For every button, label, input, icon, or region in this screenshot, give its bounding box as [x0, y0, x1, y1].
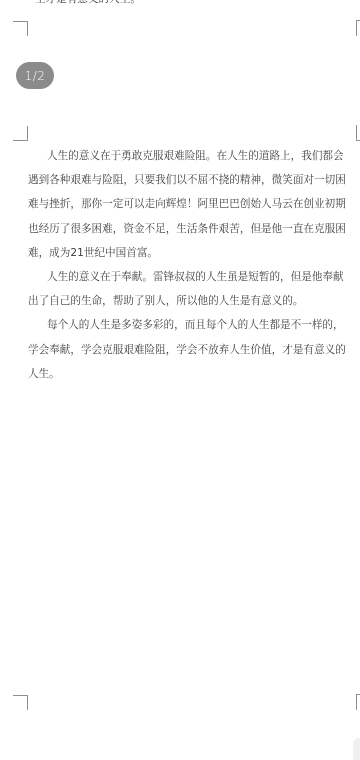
scrollbar-thumb[interactable] [353, 738, 360, 760]
page-indicator-badge: 1/2 [16, 62, 54, 89]
previous-page-text-fragment: 生才是有意义的人生。 [35, 0, 141, 6]
essay-page: 人生的意义在于勇敢克服艰难险阻。在人生的道路上，我们都会 遇到各种艰难与险阻，只… [28, 144, 348, 386]
crop-corner-top-right-icon [356, 20, 360, 36]
essay-line: 人生。 [28, 362, 348, 386]
essay-line: 学会奉献，学会克服艰难险阻，学会不放弃人生价值，才是有意义的 [28, 338, 348, 362]
essay-line: 遇到各种艰难与险阻，只要我们以不屈不挠的精神，微笑面对一切困 [28, 168, 348, 192]
essay-line: 难与挫折，那你一定可以走向辉煌！阿里巴巴创始人马云在创业初期 [28, 192, 348, 216]
crop-corner-top-left-icon [13, 21, 28, 36]
essay-line: 难，成为21世纪中国首富。 [28, 241, 348, 265]
crop-corner-mid-right-icon [356, 125, 360, 141]
essay-line: 每个人的人生是多姿多彩的，而且每个人的人生都是不一样的， [28, 313, 348, 337]
essay-line: 人生的意义在于勇敢克服艰难险阻。在人生的道路上，我们都会 [28, 144, 348, 168]
essay-line: 也经历了很多困难，资金不足，生活条件艰苦，但是他一直在克服困 [28, 217, 348, 241]
crop-corner-mid-left-icon [13, 126, 28, 141]
essay-line: 人生的意义在于奉献。雷锋叔叔的人生虽是短暂的，但是他奉献 [28, 265, 348, 289]
crop-corner-bottom-right-icon [356, 694, 360, 710]
crop-corner-bottom-left-icon [13, 695, 28, 710]
essay-line: 出了自己的生命，帮助了别人，所以他的人生是有意义的。 [28, 289, 348, 313]
